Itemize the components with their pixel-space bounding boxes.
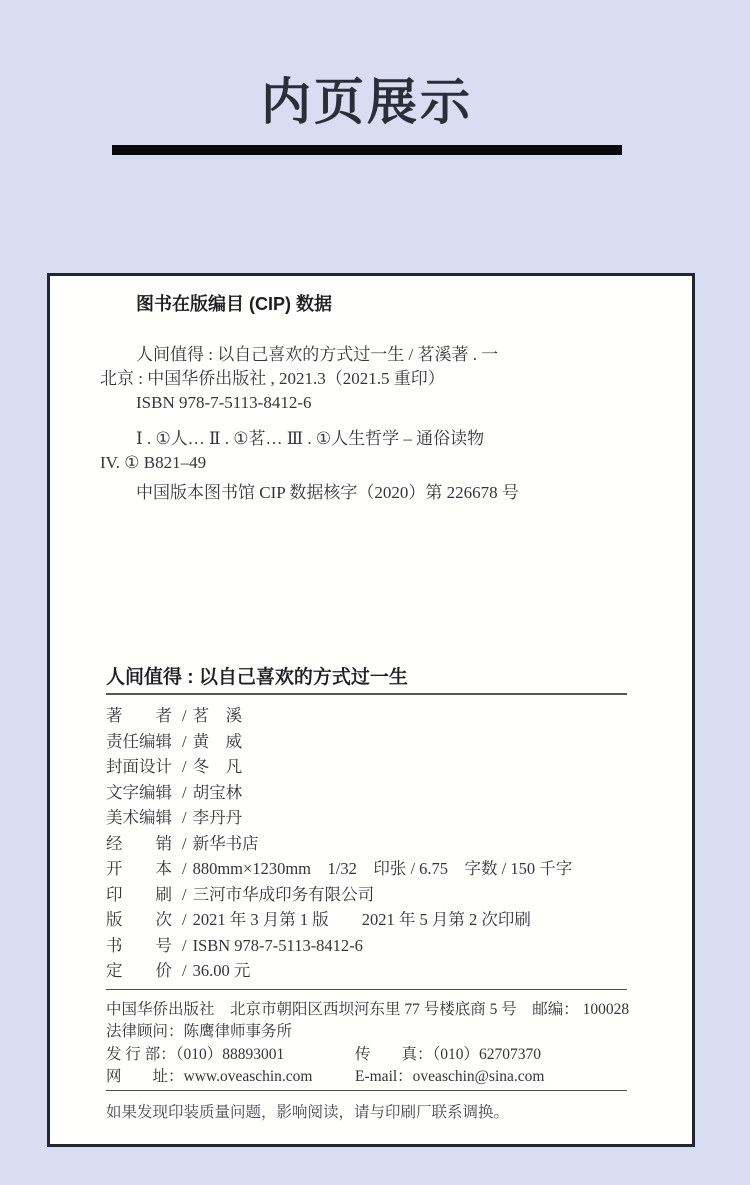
credit-row-edition: 版 次/2021 年 3 月第 1 版 2021 年 5 月第 2 次印刷 [106,907,627,933]
cip-record-line: 人间值得 : 以自己喜欢的方式过一生 / 茗溪著 . 一 [100,343,627,367]
cip-registry-line: 中国版本图书馆 CIP 数据核字（2020）第 226678 号 [100,481,627,505]
book-title: 人间值得 : 以自己喜欢的方式过一生 [106,665,627,691]
credit-separator: / [180,859,193,878]
credit-label: 开 本 [106,856,180,882]
credit-separator: / [180,783,193,802]
cip-record-paragraph: 人间值得 : 以自己喜欢的方式过一生 / 茗溪著 . 一 北京 : 中国华侨出版… [100,343,627,415]
cip-isbn-line: ISBN 978-7-5113-8412-6 [100,391,627,415]
credit-row-author: 著 者/茗 溪 [106,703,627,729]
credit-value: 冬 凡 [193,757,243,776]
phone-fax-line: 发 行 部：（010）88893001传 真：（010）62707370 [106,1044,627,1067]
cip-record-block: 人间值得 : 以自己喜欢的方式过一生 / 茗溪著 . 一 北京 : 中国华侨出版… [100,343,627,505]
cip-registry-paragraph: 中国版本图书馆 CIP 数据核字（2020）第 226678 号 [100,481,627,505]
credit-separator: / [180,757,193,776]
book-copyright-page-card: 图书在版编目 (CIP) 数据 人间值得 : 以自己喜欢的方式过一生 / 茗溪著… [47,273,695,1147]
credit-row-cover-design: 封面设计/冬 凡 [106,754,627,780]
credit-separator: / [180,885,193,904]
publisher-address-line: 中国华侨出版社 北京市朝阳区西坝河东里 77 号楼底商 5 号 邮编： 1000… [106,999,627,1022]
credit-label: 美术编辑 [106,805,180,831]
credit-row-price: 定 价/36.00 元 [106,958,627,984]
credit-separator: / [180,732,193,751]
copyright-page-content: 图书在版编目 (CIP) 数据 人间值得 : 以自己喜欢的方式过一生 / 茗溪著… [50,276,692,1124]
divider-under-title [106,693,627,695]
page-title: 内页展示 [0,70,742,134]
credit-row-isbn: 书 号/ISBN 978-7-5113-8412-6 [106,933,627,959]
credit-value: 茗 溪 [193,706,243,725]
credit-label: 封面设计 [106,754,180,780]
credit-row-art-editor: 美术编辑/李丹丹 [106,805,627,831]
credit-label: 责任编辑 [106,729,180,755]
web-email-line: 网 址：www.oveaschin.comE-mail：oveaschin@si… [106,1066,627,1089]
credit-separator: / [180,910,193,929]
cip-heading: 图书在版编目 (CIP) 数据 [106,294,627,314]
credit-label: 定 价 [106,958,180,984]
credit-value: ISBN 978-7-5113-8412-6 [193,936,363,955]
product-detail-page: { "header": { "title": "内页展示" }, "book_p… [0,0,750,1185]
credit-label: 版 次 [106,907,180,933]
cip-record-line: 北京 : 中国华侨出版社 , 2021.3（2021.5 重印） [100,367,627,391]
credit-value: 2021 年 3 月第 1 版 2021 年 5 月第 2 次印刷 [193,910,531,929]
credit-separator: / [180,961,193,980]
credit-row-text-editor: 文字编辑/胡宝林 [106,780,627,806]
distribution-phone: 发 行 部：（010）88893001 [106,1044,355,1067]
credit-value: 880mm×1230mm 1/32 印张 / 6.75 字数 / 150 千字 [193,859,573,878]
credit-value: 李丹丹 [193,808,243,827]
credit-value: 新华书店 [193,834,259,853]
email-address: E-mail：oveaschin@sina.com [355,1068,544,1085]
credit-separator: / [180,808,193,827]
divider-above-publisher [106,989,627,990]
title-underline-bar [112,145,622,155]
cip-class-line: IV. ① B821–49 [100,451,627,475]
credit-separator: / [180,936,193,955]
cip-class-line: Ⅰ . ①人… Ⅱ . ①茗… Ⅲ . ①人生哲学 – 通俗读物 [100,427,627,451]
credits-list: 著 者/茗 溪 责任编辑/黄 威 封面设计/冬 凡 文字编辑/胡宝林 美术编辑/… [106,703,627,984]
credit-value: 三河市华成印务有限公司 [193,885,375,904]
publisher-info-block: 中国华侨出版社 北京市朝阳区西坝河东里 77 号楼底商 5 号 邮编： 1000… [106,999,627,1089]
credit-row-distribution: 经 销/新华书店 [106,831,627,857]
credit-label: 书 号 [106,933,180,959]
divider-above-note [106,1090,627,1091]
website-address: 网 址：www.oveaschin.com [106,1066,355,1089]
credit-label: 文字编辑 [106,780,180,806]
section-header: 内页展示 [0,0,750,155]
credit-row-editor: 责任编辑/黄 威 [106,729,627,755]
credit-separator: / [180,834,193,853]
quality-note: 如果发现印装质量问题，影响阅读，请与印刷厂联系调换。 [106,1102,627,1124]
credit-label: 著 者 [106,703,180,729]
credit-row-format: 开 本/880mm×1230mm 1/32 印张 / 6.75 字数 / 150… [106,856,627,882]
credit-value: 胡宝林 [193,783,243,802]
credit-row-printer: 印 刷/三河市华成印务有限公司 [106,882,627,908]
credit-separator: / [180,706,193,725]
credit-value: 黄 威 [193,732,243,751]
credit-value: 36.00 元 [193,961,251,980]
cip-classification-paragraph: Ⅰ . ①人… Ⅱ . ①茗… Ⅲ . ①人生哲学 – 通俗读物 IV. ① B… [100,427,627,475]
credit-label: 印 刷 [106,882,180,908]
legal-counsel-line: 法律顾问：陈鹰律师事务所 [106,1021,627,1044]
credit-label: 经 销 [106,831,180,857]
fax-number: 传 真：（010）62707370 [355,1046,541,1063]
